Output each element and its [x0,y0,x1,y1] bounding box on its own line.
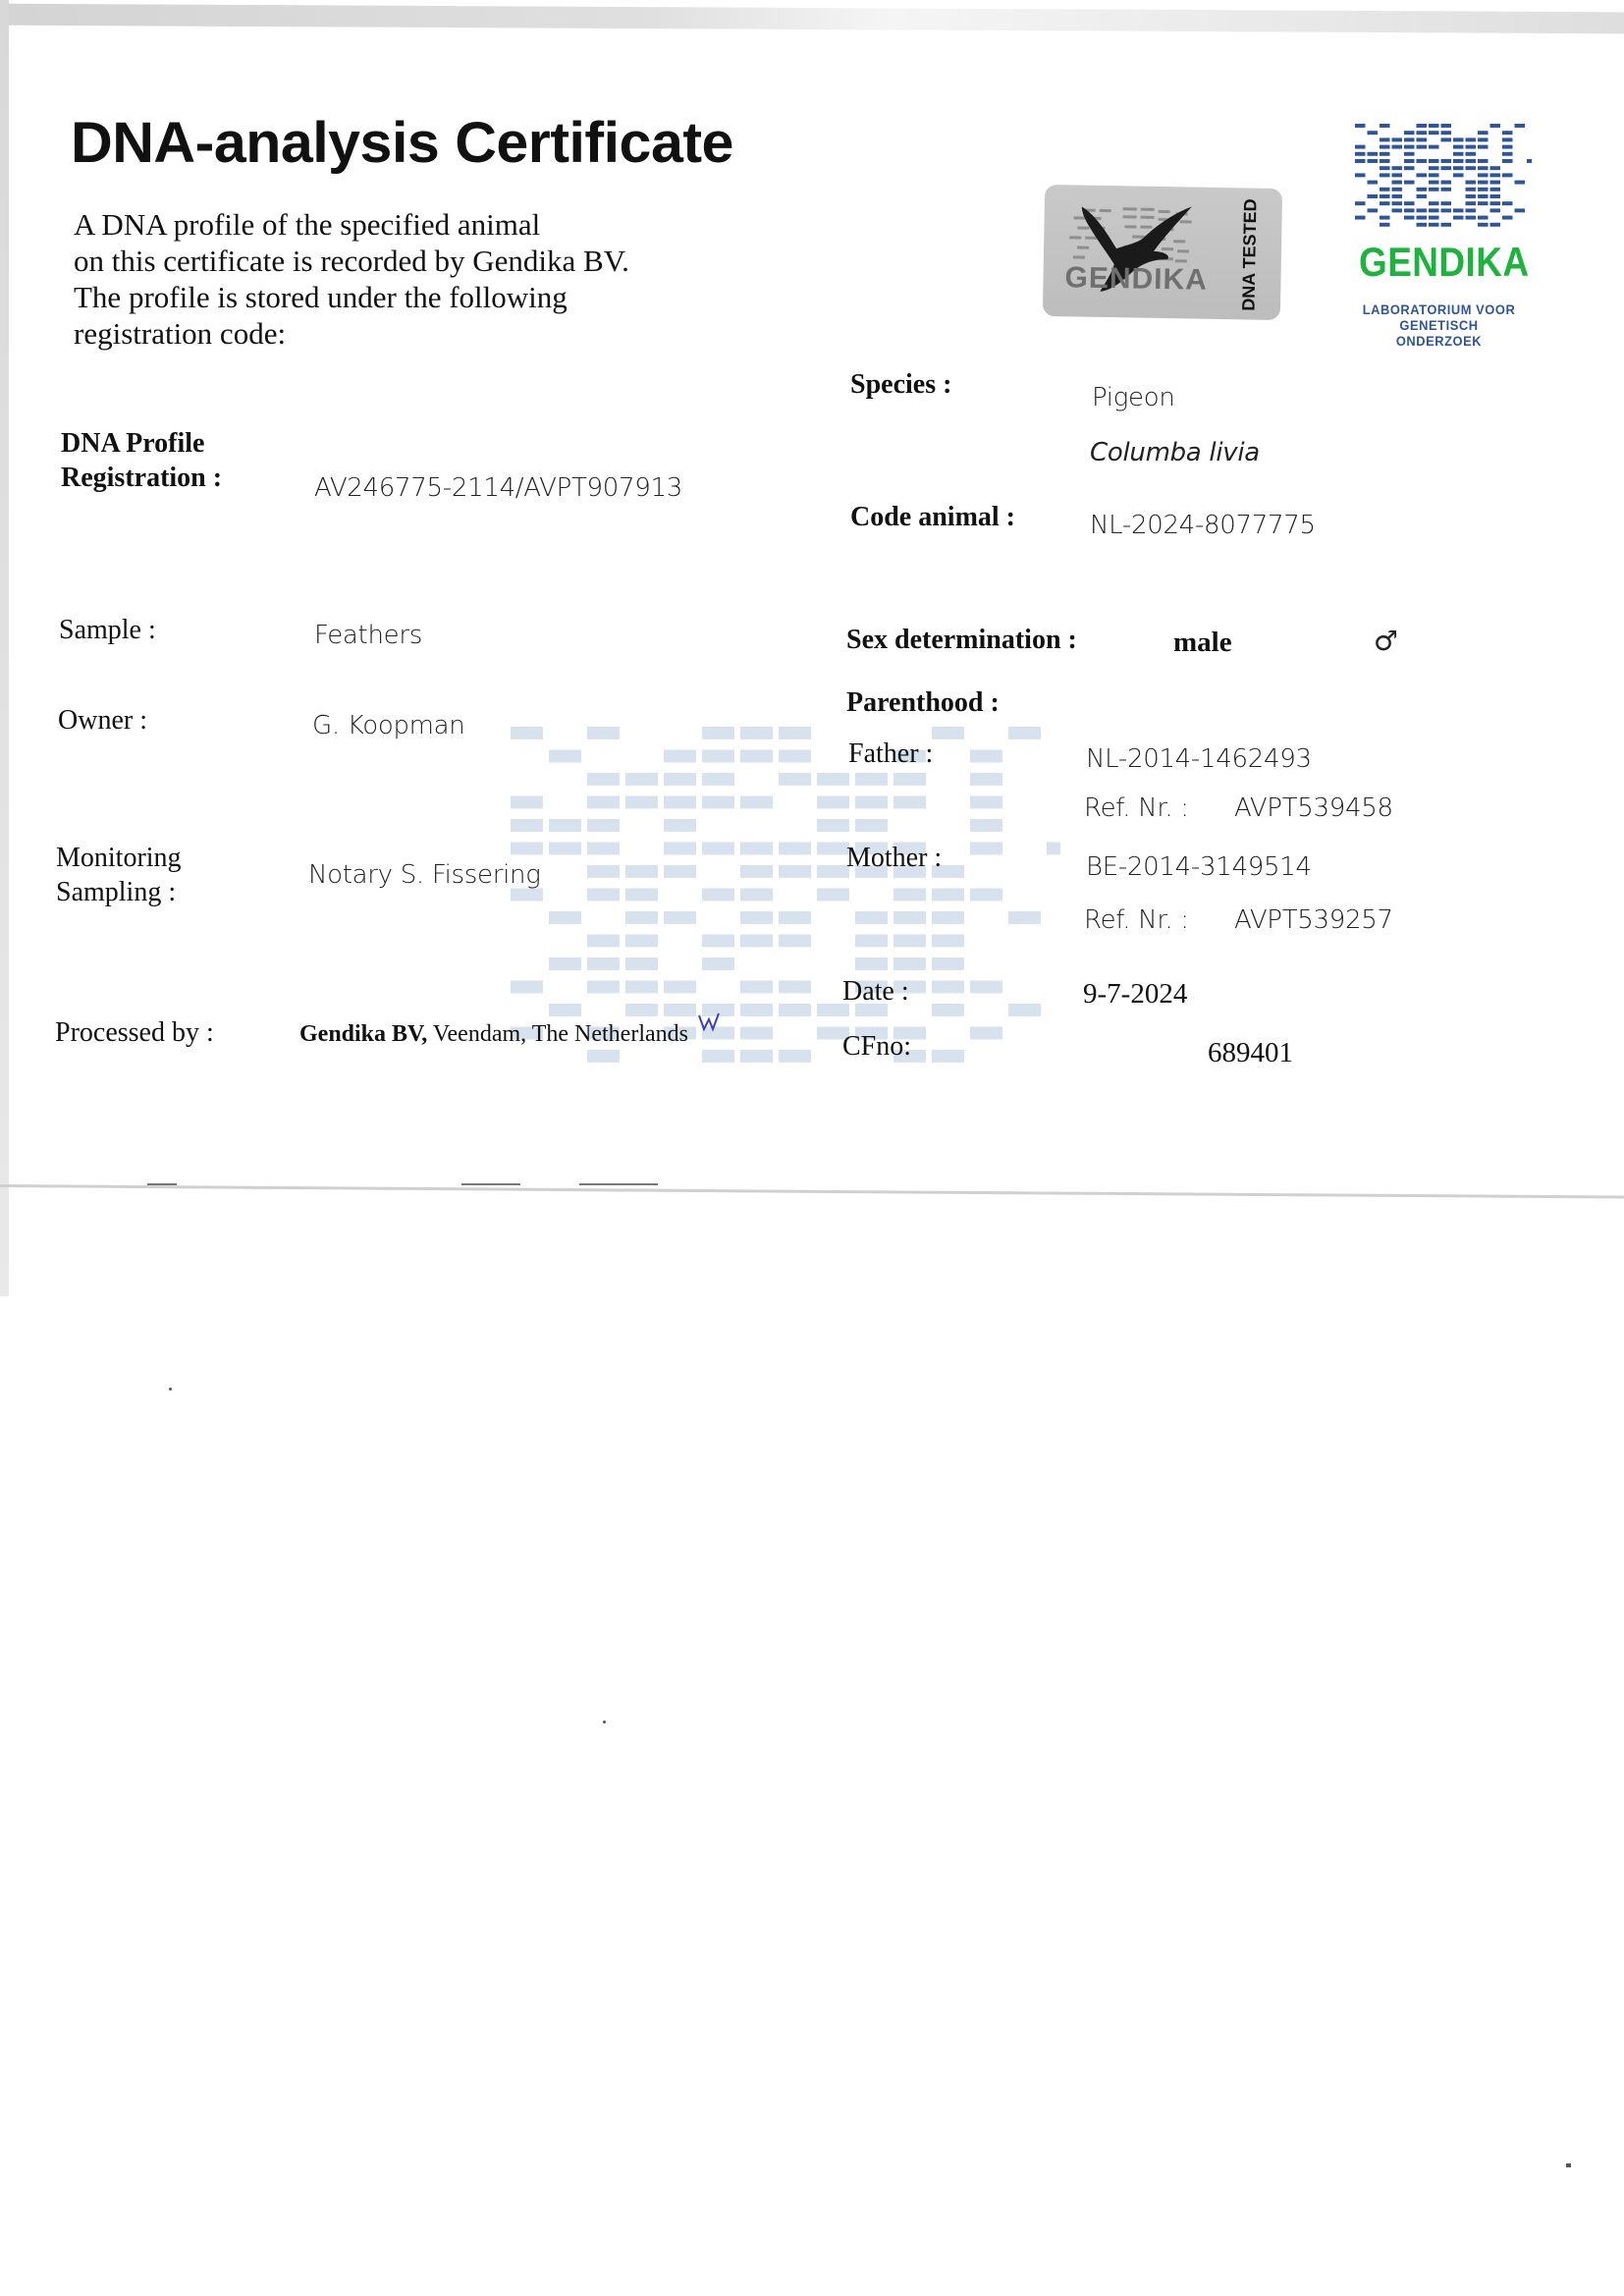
sample-label: Sample : [59,615,156,646]
badge-tag: DNA TESTED [1234,195,1266,314]
certificate-intro: A DNA profile of the specified animal on… [74,206,761,352]
monitoring-label-line2: Sampling : [56,877,176,908]
scan-edge-left [0,0,9,1296]
scan-mark [461,1183,520,1185]
intro-line: on this certificate is recorded by Gendi… [74,243,761,279]
signature-mark-icon [697,1011,721,1033]
dna-tested-badge: GENDIKA DNA TESTED [1043,185,1282,320]
scan-mark [147,1183,177,1185]
code-animal-value: NL-2024-8077775 [1090,511,1316,540]
scan-edge-top [0,4,1624,34]
processed-by-value: Gendika BV, Veendam, The Netherlands [299,1021,688,1048]
logo-subtitle: LABORATORIUM VOOR GENETISCH ONDERZOEK [1360,301,1518,349]
father-ref-label: Ref. Nr. : [1084,793,1189,823]
registration-label-line1: DNA Profile [61,428,204,460]
owner-value: G. Koopman [312,711,465,740]
badge-brand: GENDIKA [1064,261,1208,298]
logo-subtitle-line: LABORATORIUM VOOR [1360,301,1518,317]
monitoring-label-line1: Monitoring [56,843,182,874]
father-ref-value: AVPT539458 [1234,793,1393,823]
mother-value: BE-2014-3149514 [1086,852,1312,882]
intro-line: A DNA profile of the specified animal [74,206,761,243]
owner-label: Owner : [58,705,147,737]
processed-by-location: Veendam, The Netherlands [427,1021,688,1047]
gendika-logo-icon [1355,124,1532,232]
logo-name: GENDIKA [1359,239,1530,286]
sample-value: Feathers [314,621,422,650]
sex-value: male [1173,627,1232,659]
processed-by-label: Processed by : [55,1017,214,1049]
scan-speck [603,1721,606,1723]
scan-speck [169,1388,172,1391]
father-label: Father : [848,738,933,770]
scan-speck [1566,2163,1571,2167]
intro-line: registration code: [74,315,761,352]
date-label: Date : [842,976,909,1008]
date-value: 9-7-2024 [1083,978,1187,1011]
species-common-name: Pigeon [1092,383,1175,412]
code-animal-label: Code animal : [850,502,1015,533]
male-symbol-icon: ♂ [1374,625,1398,657]
mother-ref-value: AVPT539257 [1234,905,1393,935]
cfno-value: 689401 [1208,1037,1293,1069]
mother-label: Mother : [846,843,942,874]
processed-by-company: Gendika BV, [299,1021,427,1047]
registration-value: AV246775-2114/AVPT907913 [314,473,682,503]
intro-line: The profile is stored under the followin… [74,279,761,315]
scan-edge-bottom [0,1184,1624,1199]
certificate-title: DNA-analysis Certificate [71,110,733,176]
father-value: NL-2014-1462493 [1086,744,1312,774]
cfno-label: CFno: [842,1031,911,1063]
scan-mark [579,1183,658,1185]
dna-tested-label: DNA TESTED [1238,198,1261,311]
logo-subtitle-line: GENETISCH ONDERZOEK [1360,317,1518,349]
species-latin-name: Columba livia [1090,438,1260,467]
registration-label-line2: Registration : [61,463,222,494]
mother-ref-label: Ref. Nr. : [1084,905,1189,935]
parenthood-label: Parenthood : [846,687,1000,719]
species-label: Species : [850,369,951,401]
sex-label: Sex determination : [846,625,1077,656]
monitoring-value: Notary S. Fissering [308,860,541,890]
